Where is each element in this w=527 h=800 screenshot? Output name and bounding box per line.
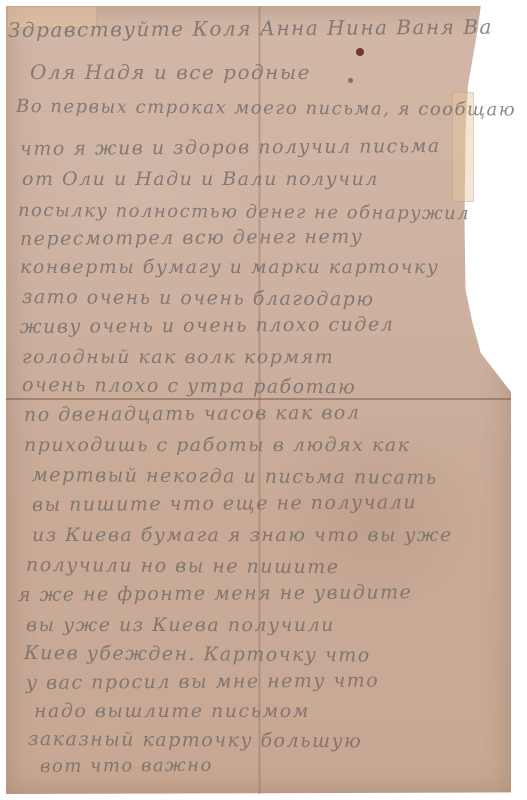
letter-line: надо вышлите письмом [34, 700, 310, 722]
horizontal-fold-crease [6, 398, 511, 400]
letter-line: у вас просил вы мне нету что [26, 670, 379, 694]
letter-line: по двенадцать часов как вол [24, 402, 361, 426]
letter-line: Во первых строках моего письма, я сообща… [16, 96, 516, 120]
letter-line: Оля Надя и все родные [30, 60, 311, 84]
letter-line: мертвый некогда и письма писать [32, 464, 438, 489]
letter-line: приходишь с работы в людях как [24, 434, 411, 456]
letter-line: очень плохо с утра работаю [22, 374, 356, 398]
ink-spot [356, 48, 364, 56]
letter-line: голодный как волк кормят [22, 346, 334, 368]
letter-line: Киев убежден. Карточку что [24, 642, 371, 666]
letter-line: посылку полностью денег не обнаружил [18, 200, 470, 224]
letter-line: что я жив и здоров получил письма [20, 135, 441, 160]
ink-spot [348, 78, 353, 83]
letter-line: из Киева бумага я знаю что вы уже [32, 524, 453, 546]
letter-line: вот что важно [40, 755, 213, 777]
letter-line: живу очень и очень плохо сидел [20, 313, 394, 338]
letter-line: вы пишите что еще не получали [32, 491, 417, 516]
letter-line: вы уже из Киева получили [26, 614, 335, 636]
letter-line: конверты бумагу и марки карточку [20, 256, 439, 278]
letter-line: зато очень и очень благодарю [22, 286, 375, 310]
letter-line: пересмотрел всю денег нету [20, 226, 363, 250]
letter-line: заказный карточку большую [28, 728, 362, 752]
letter-line: я же не фронте меня не увидите [18, 581, 413, 606]
letter-line: от Оли и Нади и Вали получил [22, 168, 379, 190]
letter-line: получили но вы не пишите [26, 554, 340, 578]
letter-line: Здравствуйте Коля Анна Нина Ваня Ва [8, 15, 493, 42]
